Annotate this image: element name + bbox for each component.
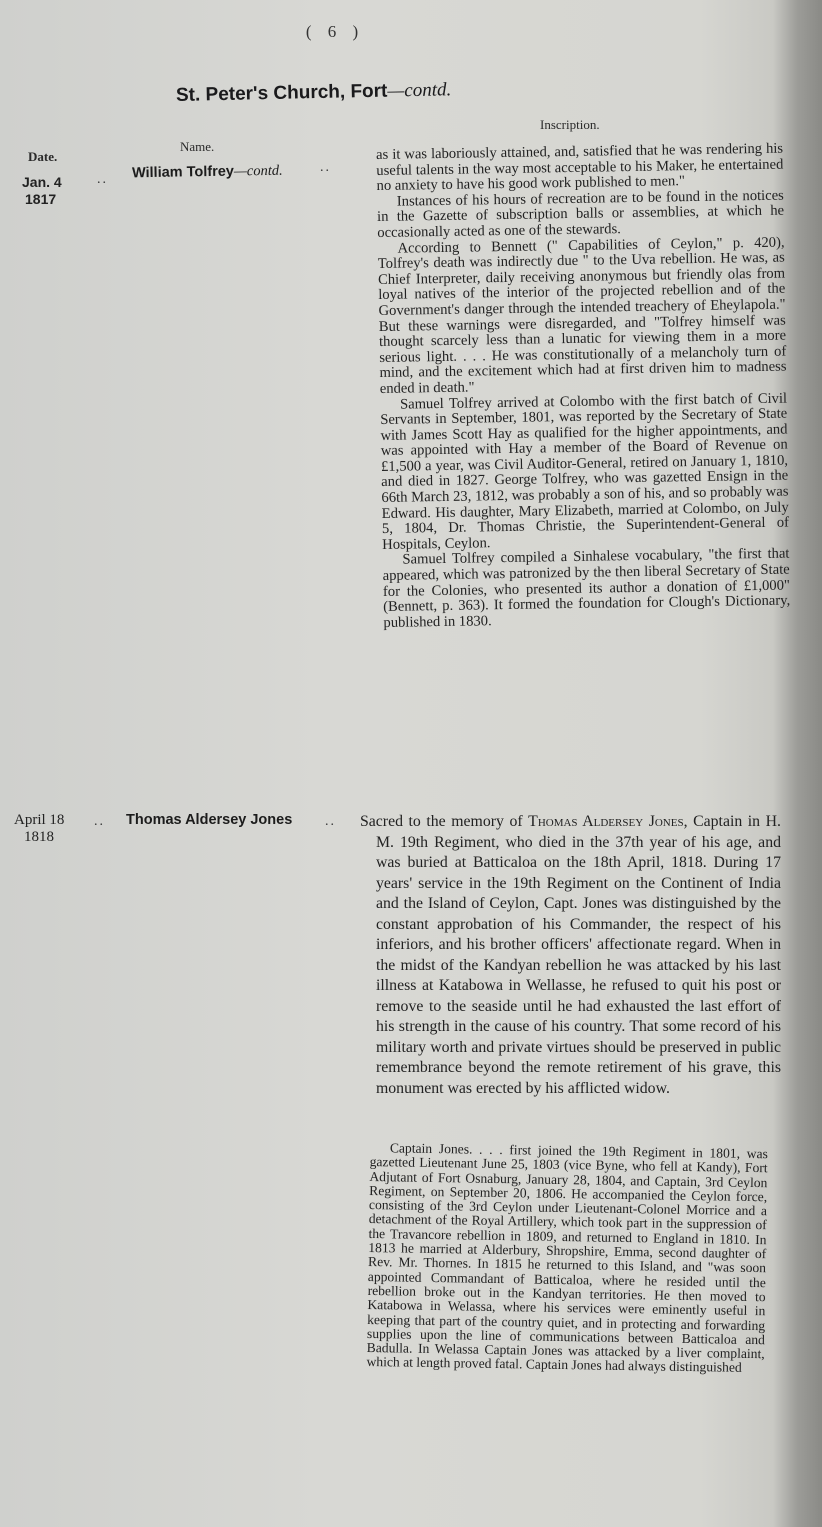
entry-date-day: April 18 — [14, 812, 64, 828]
memorial-inscription: Sacred to the memory of Thomas Aldersey … — [360, 812, 781, 1099]
paragraph: Samuel Tolfrey compiled a Sinhalese voca… — [382, 547, 790, 631]
entry-date-year: 1817 — [22, 191, 62, 208]
document-page: ( 6 ) St. Peter's Church, Fort—contd. Da… — [0, 0, 822, 1527]
inscription-prefix: Sacred to the memory of — [360, 813, 528, 830]
entry-date: Jan. 4 1817 — [22, 174, 62, 208]
leader-dots: .. — [320, 160, 331, 176]
inscription-text: Sacred to the memory of Thomas Aldersey … — [376, 812, 781, 1099]
paragraph: Captain Jones. . . . first joined the 19… — [366, 1141, 768, 1376]
section-title: St. Peter's Church, Fort—contd. — [176, 79, 452, 107]
column-header-inscription: Inscription. — [540, 117, 600, 133]
paragraph: According to Bennett (" Capabilities of … — [377, 235, 786, 397]
entry-name-suffix: —contd. — [234, 163, 283, 180]
entry-name-text: William Tolfrey — [132, 164, 234, 182]
inscription-body: , Captain in H. M. 19th Regiment, who di… — [376, 813, 781, 1097]
entry-date-year: 1818 — [14, 829, 64, 846]
column-header-name: Name. — [180, 139, 214, 155]
entry-date-day: Jan. 4 — [22, 174, 62, 190]
column-header-date: Date. — [28, 149, 57, 165]
leader-dots: .. — [325, 814, 336, 830]
paragraph: as it was laboriously attained, and, sat… — [376, 142, 784, 195]
section-title-text: St. Peter's Church, Fort — [176, 81, 388, 106]
historical-note: Captain Jones. . . . first joined the 19… — [366, 1141, 768, 1376]
page-number: ( 6 ) — [300, 22, 370, 42]
paragraph: Samuel Tolfrey arrived at Colombo with t… — [380, 391, 789, 553]
leader-dots: .. — [97, 172, 108, 188]
entry-name: William Tolfrey—contd. — [132, 163, 283, 183]
inscription-name: Thomas Aldersey Jones — [528, 813, 683, 830]
entry-name: Thomas Aldersey Jones — [126, 812, 292, 828]
paragraph: Instances of his hours of recreation are… — [377, 188, 785, 241]
section-title-suffix: —contd. — [387, 79, 451, 101]
entry-date: April 18 1818 — [14, 812, 64, 846]
leader-dots: .. — [94, 814, 105, 830]
inscription-text: as it was laboriously attained, and, sat… — [376, 142, 791, 632]
